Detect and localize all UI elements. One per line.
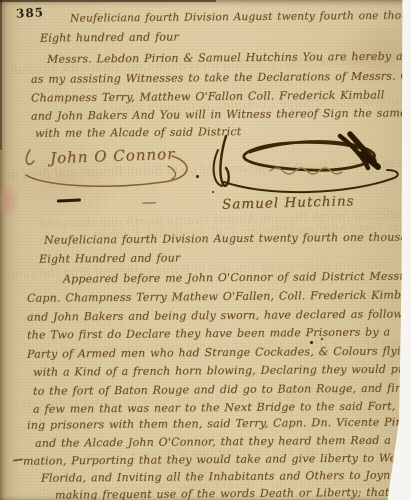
declaration-body-line: Florida, and Inviting all the Inhabitant… (41, 468, 411, 484)
page-number: 385 (16, 5, 45, 20)
ink-blot (310, 341, 313, 344)
declaration-last-line: making frequent use of the words Death o… (55, 485, 411, 500)
pen-dash (57, 198, 81, 202)
declaration-body-line: to the fort of Baton Rouge and did go to… (33, 381, 411, 397)
manuscript-page: Champness Terry, Matthew O'Fallon Coll. … (0, 0, 411, 500)
appointment-body-line: with me the Alcade of said District (35, 125, 241, 140)
underlined-word-death: Death (260, 487, 295, 500)
manuscript-photo: Champness Terry, Matthew O'Fallon Coll. … (0, 0, 411, 500)
oconnor-paraph-flourish (20, 136, 205, 198)
seal-residue-mark (0, 183, 18, 220)
declaration-body-line: and the Alcade John O'Connor, that they … (35, 433, 411, 450)
photo-edge-shadow (0, 0, 2, 150)
declaration-dateline-1: Neufeliciana fourth Division August twen… (44, 230, 411, 246)
appointment-body-line: Messrs. Lebdon Pirion & Samuel Hutchins … (47, 49, 411, 66)
underlined-word-liberty: Liberty (316, 486, 358, 500)
appointment-body-line: and John Bakers And You will in Witness … (31, 106, 407, 122)
declaration-body-line: with a Kind of a french horn blowing, De… (33, 362, 411, 379)
ink-blot (196, 175, 199, 178)
declaration-body-line: Party of Armed men who had Strange Cocka… (27, 344, 411, 360)
appointment-body-line: Champness Terry, Matthew O'Fallon Coll. … (31, 88, 384, 104)
declaration-body-line: the Two first do Declare they have been … (27, 325, 390, 341)
signature-samuel-hutchins: Samuel Hutchins (222, 193, 355, 212)
declaration-body-line: and John Bakers and being duly sworn, ha… (27, 307, 411, 323)
ink-blot (212, 191, 214, 193)
appointment-dateline-2: Eight hundred and four (40, 30, 179, 44)
declaration-body-line: Capn. Champness Terry Mathew O'Fallen, C… (27, 288, 411, 304)
declaration-body-line: Appeared before me John O'Connor of said… (63, 269, 411, 285)
pen-dash (142, 202, 156, 204)
declaration-body-line: a few men that was near to the Next Brid… (33, 399, 411, 415)
declaration-body-line: mation, Purporting that they would take … (23, 451, 407, 467)
last-line-mid: or (294, 486, 316, 499)
appointment-body-line: as my assisting Witnesses to take the De… (31, 69, 411, 86)
last-line-pre: making frequent use of the words (55, 487, 260, 500)
continuation-mark (13, 458, 23, 461)
signature-john-oconnor: John O Connor (50, 145, 176, 167)
declaration-dateline-2: Eight Hundred and four (39, 251, 180, 265)
appointment-dateline-1: Neufeliciana fourth Division August twen… (70, 9, 411, 24)
declaration-body-line: ing prisoners with them then, said Terry… (27, 415, 411, 432)
photo-edge-shadow (0, 0, 216, 2)
last-line-post: ; that in the (358, 485, 411, 499)
